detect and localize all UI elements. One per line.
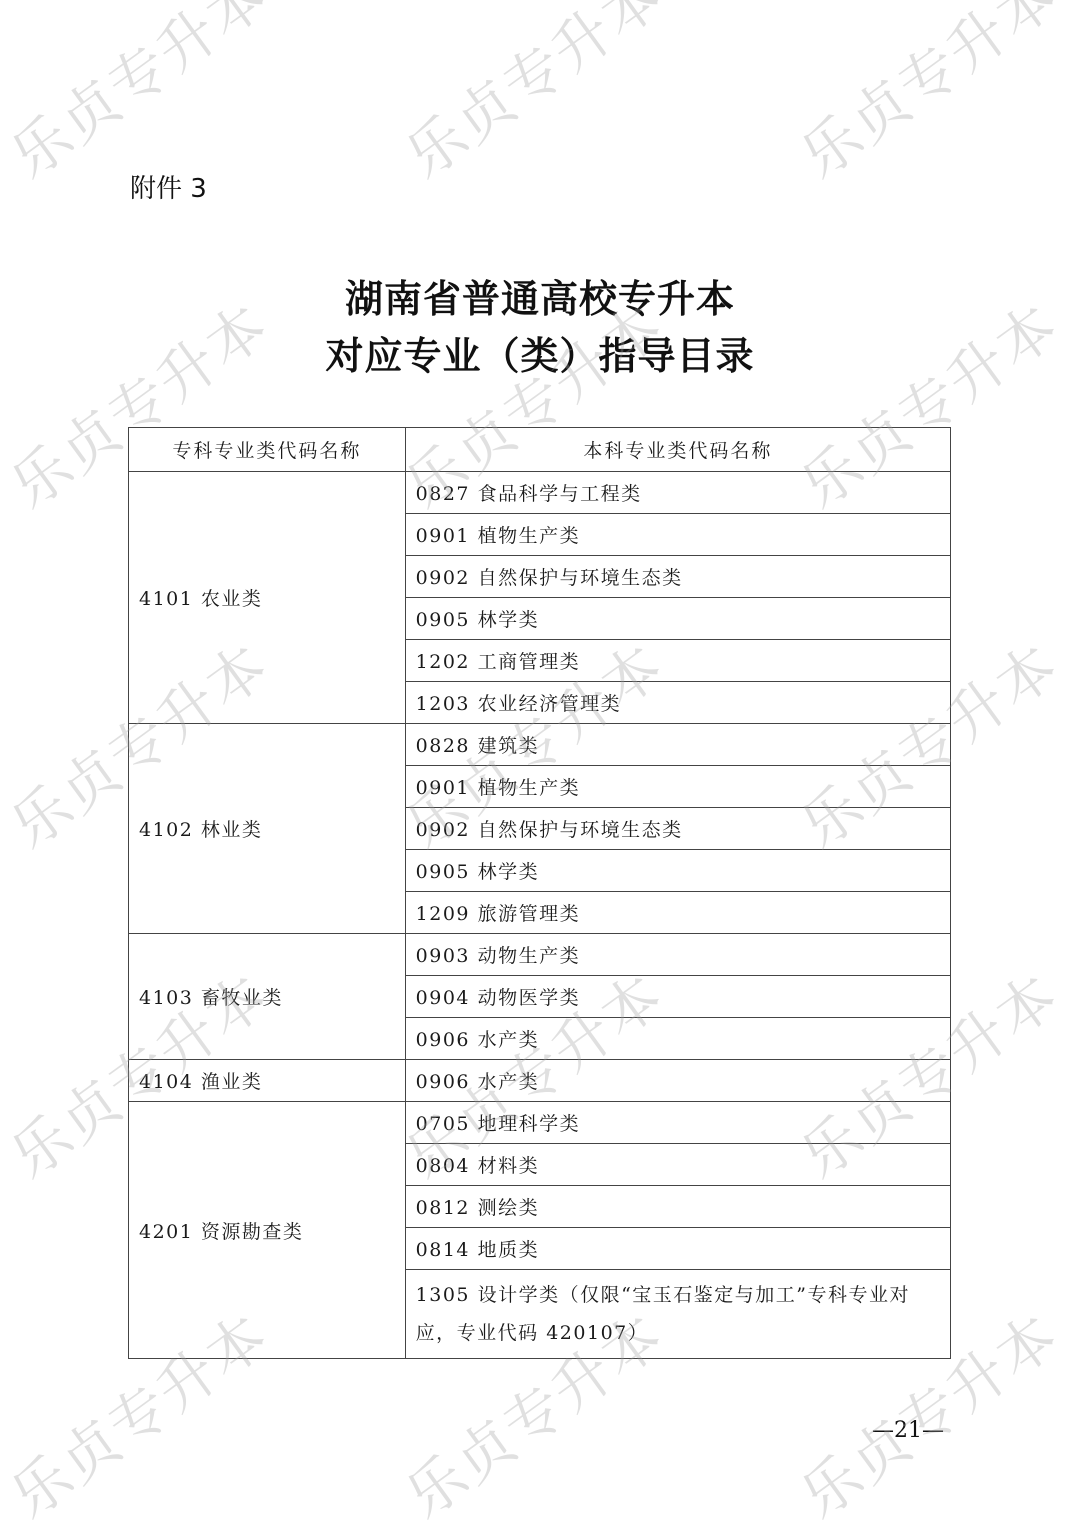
table-row: 4201 资源勘查类 0705 地理科学类	[129, 1102, 951, 1144]
document-title-line-2: 对应专业（类）指导目录	[0, 325, 1080, 380]
bachelor-major-cell: 0901 植物生产类	[405, 514, 950, 556]
table-row: 4101 农业类 0827 食品科学与工程类	[129, 472, 951, 514]
document-title-line-1: 湖南省普通高校专升本	[0, 268, 1080, 323]
bachelor-major-cell: 1209 旅游管理类	[405, 892, 950, 934]
major-mapping-table: 专科专业类代码名称 本科专业类代码名称 4101 农业类 0827 食品科学与工…	[128, 427, 951, 1359]
bachelor-major-cell: 0902 自然保护与环境生态类	[405, 556, 950, 598]
header-associate-major: 专科专业类代码名称	[129, 428, 406, 472]
bachelor-major-cell: 0812 测绘类	[405, 1186, 950, 1228]
bachelor-major-cell: 0827 食品科学与工程类	[405, 472, 950, 514]
bachelor-major-cell: 0804 材料类	[405, 1144, 950, 1186]
watermark-text: 乐贞专升本	[386, 0, 678, 194]
header-bachelor-major: 本科专业类代码名称	[405, 428, 950, 472]
bachelor-major-cell: 0905 林学类	[405, 850, 950, 892]
bachelor-major-cell: 0902 自然保护与环境生态类	[405, 808, 950, 850]
associate-major-cell: 4104 渔业类	[129, 1060, 406, 1102]
bachelor-major-cell: 1203 农业经济管理类	[405, 682, 950, 724]
bachelor-major-cell: 0828 建筑类	[405, 724, 950, 766]
bachelor-major-cell: 0814 地质类	[405, 1228, 950, 1270]
page-number: —21—	[872, 1418, 944, 1443]
bachelor-major-cell: 0903 动物生产类	[405, 934, 950, 976]
bachelor-major-cell: 0705 地理科学类	[405, 1102, 950, 1144]
bachelor-major-cell: 0904 动物医学类	[405, 976, 950, 1018]
associate-major-cell: 4101 农业类	[129, 472, 406, 724]
bachelor-major-cell: 0906 水产类	[405, 1018, 950, 1060]
table-row: 4103 畜牧业类 0903 动物生产类	[129, 934, 951, 976]
watermark-text: 乐贞专升本	[781, 0, 1073, 194]
watermark-text: 乐贞专升本	[0, 0, 283, 194]
bachelor-major-cell: 1305 设计学类（仅限“宝玉石鉴定与加工”专科专业对应，专业代码 420107…	[405, 1270, 950, 1359]
associate-major-cell: 4102 林业类	[129, 724, 406, 934]
table-row: 4104 渔业类 0906 水产类	[129, 1060, 951, 1102]
associate-major-cell: 4201 资源勘查类	[129, 1102, 406, 1359]
bachelor-major-cell: 0906 水产类	[405, 1060, 950, 1102]
annex-label: 附件 3	[130, 168, 207, 205]
table-row: 4102 林业类 0828 建筑类	[129, 724, 951, 766]
bachelor-major-cell: 0901 植物生产类	[405, 766, 950, 808]
associate-major-cell: 4103 畜牧业类	[129, 934, 406, 1060]
bachelor-major-cell: 1202 工商管理类	[405, 640, 950, 682]
table-header-row: 专科专业类代码名称 本科专业类代码名称	[129, 428, 951, 472]
bachelor-major-cell: 0905 林学类	[405, 598, 950, 640]
